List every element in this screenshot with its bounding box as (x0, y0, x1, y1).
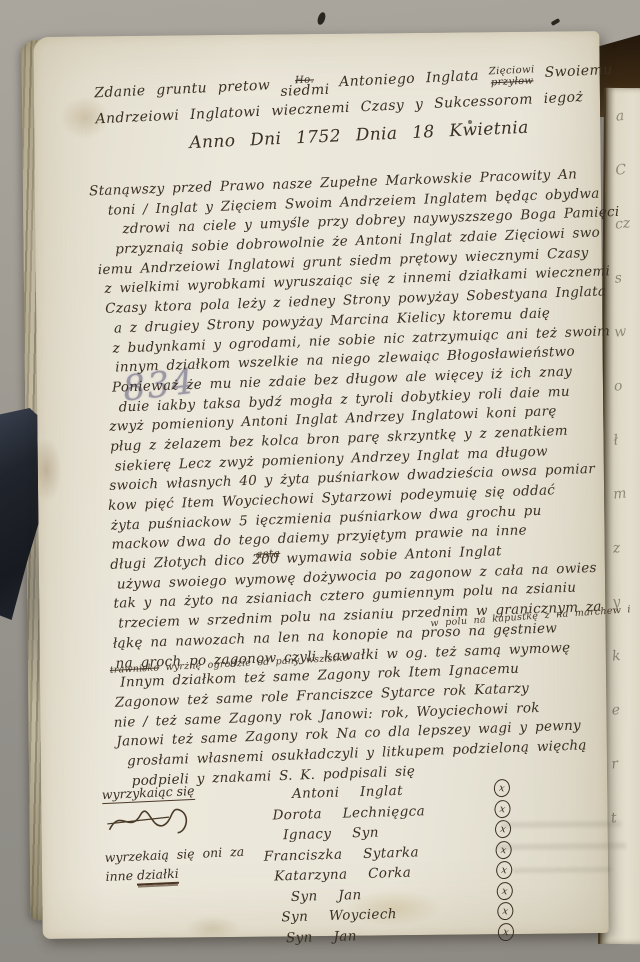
signatory-name: Syn Jan (291, 887, 362, 905)
margin-note-3-pre: inne (105, 868, 133, 884)
struck-word: trawnisko (110, 662, 160, 676)
signatory-name: Franciszka Sytarka (264, 844, 420, 864)
circled-x-mark-icon: x (495, 860, 513, 880)
verso-show-through (502, 821, 622, 828)
signatory-name: Katarzyna Corka (274, 865, 411, 885)
deed-body-text: Stanąwszy przed Prawo nasze Zupełne Mark… (87, 164, 640, 793)
insertion-stack: Zięciowi przyłow (489, 64, 536, 88)
margin-note-1: wyrzykaiąc się (102, 783, 195, 804)
circled-x-mark-icon: x (494, 840, 512, 860)
signatory-name: Ignacy Syn (283, 825, 379, 844)
struck-amount-annotation: asta (256, 544, 281, 565)
page-ink-speck (468, 120, 472, 124)
correction-stack: Ho. siedmi (280, 74, 330, 98)
signatory-name: Dorota Lechnięgca (272, 803, 425, 823)
margin-note-3-underlined: działki (137, 866, 179, 886)
circled-x-mark-icon: x (497, 922, 515, 942)
circled-x-mark-icon: x (496, 881, 514, 901)
table-debris-speck (316, 11, 327, 26)
margin-note-2: wyrzekaią się oni za (104, 843, 265, 865)
verso-show-through (497, 843, 627, 850)
verso-show-through (512, 867, 612, 873)
margin-note-3: inne działki (105, 862, 266, 884)
circled-x-mark-icon: x (496, 901, 514, 921)
circled-x-mark-icon: x (493, 778, 511, 798)
manuscript-page: Zdanie gruntu pretow Ho. siedmi Antonieg… (33, 31, 608, 939)
header-text: Swoiemu (544, 57, 613, 86)
signatory-name: Syn Woyciech (281, 906, 397, 925)
signature-list: Antoni Inglat x Dorota Lechnięgca x Igna… (262, 778, 514, 949)
circled-x-mark-icon: x (493, 799, 511, 819)
table-debris-speck (551, 18, 561, 26)
signatory-name: Antoni Inglat (292, 783, 403, 802)
photo-of-manuscript: a C cz s w o ł m z y k e r t Zdanie grun… (0, 0, 640, 962)
signature-flourish (106, 802, 203, 840)
margin-renunciation-notes: wyrzykaiąc się wyrzekaią się oni za inne… (102, 780, 266, 884)
deed-header: Zdanie gruntu pretow Ho. siedmi Antonieg… (94, 57, 622, 161)
circled-x-mark-icon: x (494, 819, 512, 839)
signatory-name: Syn Jan (286, 928, 357, 946)
